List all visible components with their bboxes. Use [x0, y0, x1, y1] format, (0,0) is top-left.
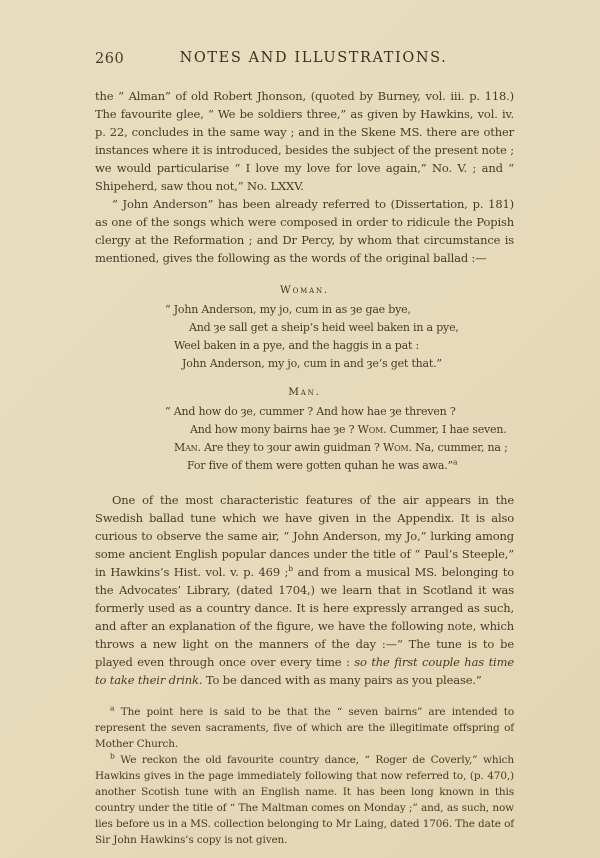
verse-line: Man. Are they to ȝour awin guidman ? Wom…	[174, 439, 514, 457]
verse-line: For five of them were gotten quhan he wa…	[187, 457, 514, 475]
footnote-b-text: We reckon the old favourite country danc…	[95, 754, 514, 846]
footnote-a: a The point here is said to be that the …	[95, 704, 514, 752]
footnotes-section: a The point here is said to be that the …	[95, 704, 514, 848]
footnote-b: b We reckon the old favourite country da…	[95, 752, 514, 848]
verse-line: “ John Anderson, my jo, cum in as ȝe gae…	[165, 301, 514, 319]
footnote-a-text: The point here is said to be that the “ …	[95, 706, 514, 750]
verse-text: Cummer, I hae seven.	[386, 423, 506, 436]
verse-text: For five of them were gotten quhan he wa…	[187, 459, 453, 472]
verse-woman: Woman. “ John Anderson, my jo, cum in as…	[95, 281, 514, 373]
verse-woman-heading: Woman.	[95, 281, 514, 299]
book-page-scan: 260 NOTES AND ILLUSTRATIONS. the “ Alman…	[0, 0, 600, 858]
page-title: NOTES AND ILLUSTRATIONS.	[113, 50, 514, 66]
verse-man: Man. “ And how do ȝe, cummer ? And how h…	[95, 383, 514, 475]
speaker-label: Wom.	[383, 441, 412, 454]
page-number: 260	[95, 51, 124, 67]
paragraph-1: the “ Alman” of old Robert Jhonson, (quo…	[95, 87, 514, 195]
text-column: 260 NOTES AND ILLUSTRATIONS. the “ Alman…	[0, 50, 600, 848]
paragraph-3-text: To be danced with as many pairs as you p…	[202, 673, 481, 687]
verse-line: Weel baken in a pye, and the haggis in a…	[174, 337, 514, 355]
speaker-label: Wom.	[358, 423, 387, 436]
paragraph-2: “ John Anderson” has been already referr…	[95, 195, 514, 267]
verse-line: “ And how do ȝe, cummer ? And how hae ȝe…	[165, 403, 514, 421]
verse-text: And how mony bairns hae ȝe ?	[190, 423, 358, 436]
verse-text: Are they to ȝour awin guidman ?	[201, 441, 383, 454]
verse-man-heading: Man.	[95, 383, 514, 401]
verse-line: And how mony bairns hae ȝe ? Wom. Cummer…	[190, 421, 514, 439]
verse-text: Na, cummer, na ;	[412, 441, 508, 454]
speaker-label: Man.	[174, 441, 201, 454]
verse-line: John Anderson, my jo, cum in and ȝe’s ge…	[182, 355, 514, 373]
running-header: 260 NOTES AND ILLUSTRATIONS.	[95, 50, 514, 70]
footnote-ref-a: a	[453, 457, 457, 466]
paragraph-3: One of the most characteristic features …	[95, 491, 514, 689]
paragraph-3-text: and from a musical MS. belonging to the …	[95, 565, 514, 669]
verse-line: And ȝe sall get a sheip’s heid weel bake…	[189, 319, 514, 337]
